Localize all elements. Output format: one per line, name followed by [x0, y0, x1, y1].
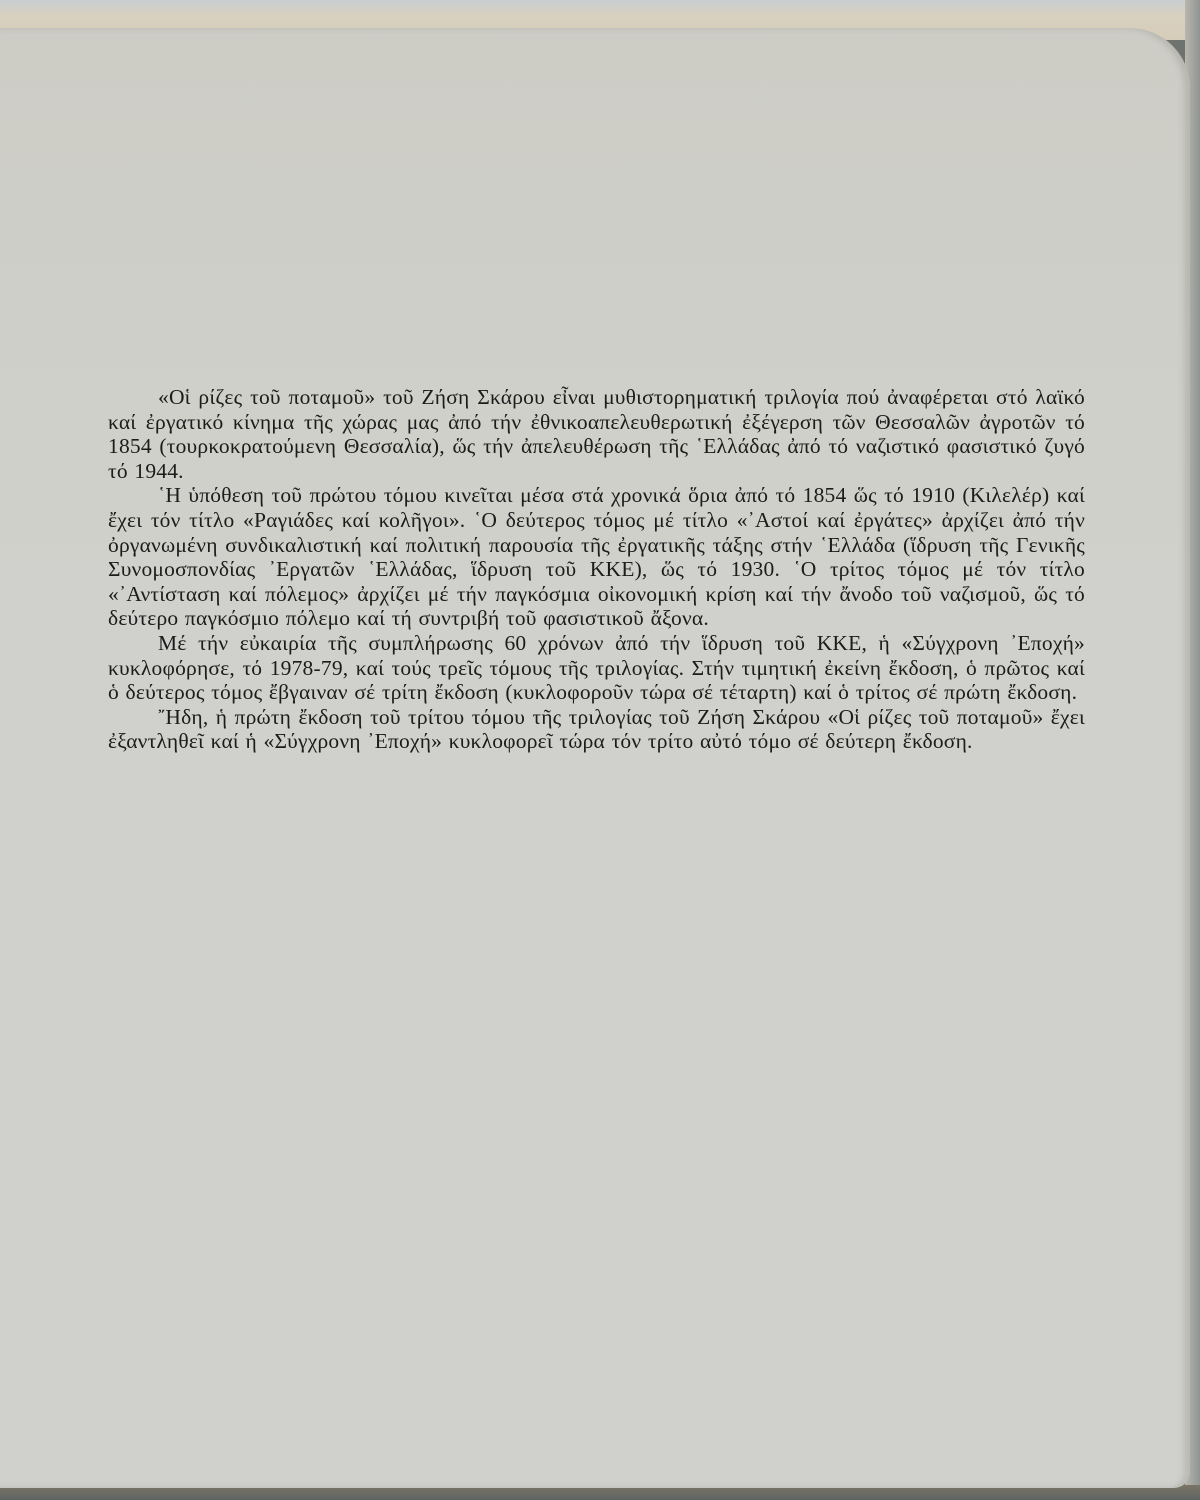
paragraph-volumes-summary: ῾Η ὑπόθεση τοῦ πρώτου τόμου κινεῖται μέσ…: [108, 483, 1085, 631]
publisher-note: «Οἱ ρίζες τοῦ ποταμοῦ» τοῦ Ζήση Σκάρου ε…: [108, 385, 1085, 754]
paragraph-trilogy-intro: «Οἱ ρίζες τοῦ ποταμοῦ» τοῦ Ζήση Σκάρου ε…: [108, 385, 1085, 483]
paragraph-second-edition: ῎Ηδη, ἡ πρώτη ἔκδοση τοῦ τρίτου τόμου τῆ…: [108, 705, 1085, 754]
paragraph-anniversary-edition: Μέ τήν εὐκαιρία τῆς συμπλήρωσης 60 χρόνω…: [108, 631, 1085, 705]
book-page: [0, 28, 1190, 1488]
